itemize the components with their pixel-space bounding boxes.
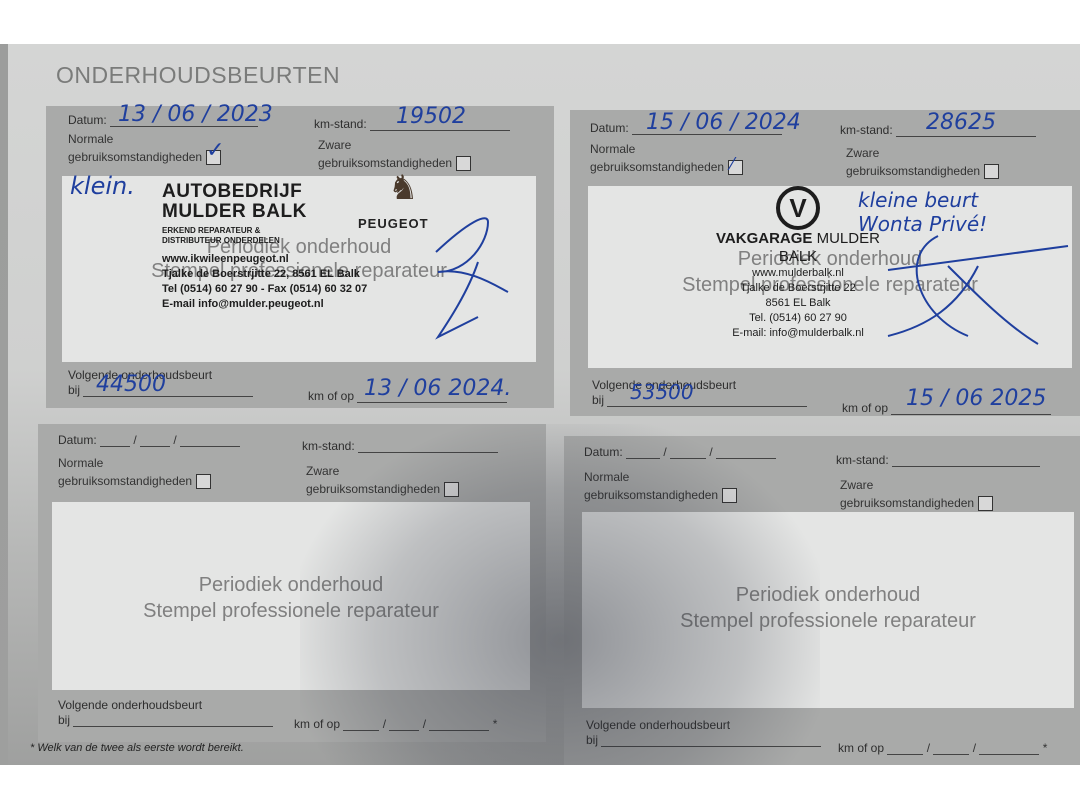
- stamp-phone: Tel (0514) 60 27 90 - Fax (0514) 60 32 0…: [162, 282, 367, 297]
- stamp-placeholder-1: Periodiek onderhoud: [582, 582, 1074, 608]
- km-stand-field[interactable]: [892, 452, 1040, 467]
- stamp-name-2: MULDER BALK: [162, 202, 367, 222]
- next-date-value: 13 / 06 2024.: [364, 376, 511, 401]
- next-km-value: 53500: [630, 380, 694, 404]
- stamp-address-2: 8561 EL Balk: [698, 296, 898, 311]
- stamp-area[interactable]: Periodiek onderhoud Stempel professionel…: [582, 512, 1074, 708]
- stamp-address-1: Tjalke de Boerstrjitte 22: [698, 281, 898, 296]
- normal-label-1: Normale: [58, 454, 211, 472]
- heavy-label-1: Zware: [846, 144, 999, 162]
- stamp-phone: Tel. (0514) 60 27 90: [698, 311, 898, 326]
- handwritten-note: klein.: [70, 172, 135, 200]
- next-date-value: 15 / 06 2025: [906, 386, 1046, 411]
- next-service-label: Volgende onderhoudsbeurt: [58, 698, 273, 712]
- stamp-placeholder-2: Stempel professionele reparateur: [52, 598, 530, 624]
- service-entry-2: Datum: 15 / 06 / 2024 km-stand: 28625 No…: [570, 110, 1080, 416]
- next-bij-label: bij: [68, 383, 80, 397]
- stamp-area: Periodiek onderhoud Stempel professionel…: [588, 186, 1072, 368]
- stamp-web: www.mulderbalk.nl: [698, 266, 898, 281]
- heavy-label-2: gebruiksomstandigheden: [846, 164, 980, 178]
- stamp-email: E-mail info@mulder.peugeot.nl: [162, 297, 367, 312]
- brand-name: PEUGEOT: [358, 216, 429, 231]
- vakgarage-logo-icon: V: [776, 186, 820, 230]
- stamp-placeholder-2: Stempel professionele reparateur: [582, 608, 1074, 634]
- stamp-sub-2: DISTRIBUTEUR ONDERDELEN: [162, 236, 367, 246]
- next-bij-label: bij: [586, 733, 598, 747]
- next-bij-label: bij: [58, 713, 70, 727]
- stamp-sub-1: ERKEND REPARATEUR &: [162, 226, 367, 236]
- signature: [878, 226, 1078, 346]
- km-stand-value: 19502: [396, 104, 466, 129]
- next-km-value: 44500: [96, 372, 166, 397]
- date-year-field[interactable]: [716, 444, 776, 459]
- date-day-field[interactable]: [100, 432, 130, 447]
- next-date-month-field[interactable]: [933, 740, 969, 755]
- peugeot-lion-icon: ♞: [388, 168, 418, 208]
- service-booklet-page: ONDERHOUDSBEURTEN Datum: 13 / 06 / 2023 …: [8, 44, 1080, 765]
- heavy-checkbox[interactable]: [456, 156, 471, 171]
- date-label: Datum:: [68, 113, 107, 127]
- normal-label-2: gebruiksomstandigheden: [584, 488, 718, 502]
- normal-label-2: gebruiksomstandigheden: [590, 160, 724, 174]
- heavy-label-1: Zware: [318, 136, 471, 154]
- heavy-checkbox[interactable]: [444, 482, 459, 497]
- next-date-day-field[interactable]: [343, 716, 379, 731]
- km-of-op-label: km of op: [838, 741, 884, 755]
- next-km-field[interactable]: [601, 732, 821, 747]
- km-stand-field[interactable]: [358, 438, 498, 453]
- date-label: Datum:: [58, 433, 97, 447]
- next-date-year-field[interactable]: [979, 740, 1039, 755]
- km-stand-label: km-stand:: [302, 439, 355, 453]
- normal-label-2: gebruiksomstandigheden: [68, 150, 202, 164]
- next-date-month-field[interactable]: [389, 716, 419, 731]
- next-bij-label: bij: [592, 393, 604, 407]
- km-stand-label: km-stand:: [840, 123, 893, 137]
- km-of-op-label: km of op: [294, 717, 340, 731]
- heavy-checkbox[interactable]: [978, 496, 993, 511]
- normal-checkbox[interactable]: [728, 160, 743, 175]
- heavy-label-1: Zware: [306, 462, 459, 480]
- heavy-label-2: gebruiksomstandigheden: [306, 482, 440, 496]
- next-service-label: Volgende onderhoudsbeurt: [586, 718, 821, 732]
- stamp-area: Periodiek onderhoud Stempel professionel…: [62, 176, 536, 362]
- heavy-label-1: Zware: [840, 476, 993, 494]
- normal-label-2: gebruiksomstandigheden: [58, 474, 192, 488]
- stamp-area[interactable]: Periodiek onderhoud Stempel professionel…: [52, 502, 530, 690]
- stamp-email: E-mail: info@mulderbalk.nl: [698, 326, 898, 341]
- date-month-field[interactable]: [670, 444, 706, 459]
- page-title: ONDERHOUDSBEURTEN: [56, 62, 340, 89]
- km-stand-label: km-stand:: [314, 117, 367, 131]
- next-service-label: Volgende onderhoudsbeurt: [592, 378, 807, 392]
- heavy-checkbox[interactable]: [984, 164, 999, 179]
- km-stand-label: km-stand:: [836, 453, 889, 467]
- service-entry-4: Datum: / / km-stand: Normale gebruiksoms…: [564, 436, 1080, 765]
- date-month-field[interactable]: [140, 432, 170, 447]
- normal-label-1: Normale: [584, 468, 737, 486]
- next-km-field[interactable]: [73, 712, 273, 727]
- date-value: 13 / 06 / 2023: [118, 102, 273, 127]
- date-label: Datum:: [590, 121, 629, 135]
- date-label: Datum:: [584, 445, 623, 459]
- normal-label-1: Normale: [590, 140, 743, 158]
- normal-checkbox[interactable]: [206, 150, 221, 165]
- stamp-name-1: VAKGARAGE: [716, 230, 812, 247]
- km-stand-value: 28625: [926, 110, 996, 135]
- normal-checkbox[interactable]: [196, 474, 211, 489]
- stamp-address: Tjalke de Boerstrjitte 22, 8561 EL Balk: [162, 267, 367, 282]
- dealer-stamp: AUTOBEDRIJF MULDER BALK ERKEND REPARATEU…: [162, 182, 367, 312]
- stamp-placeholder-1: Periodiek onderhoud: [52, 572, 530, 598]
- km-of-op-label: km of op: [308, 389, 354, 403]
- document-photo: ONDERHOUDSBEURTEN Datum: 13 / 06 / 2023 …: [0, 44, 1080, 765]
- next-date-year-field[interactable]: [429, 716, 489, 731]
- next-date-day-field[interactable]: [887, 740, 923, 755]
- date-value: 15 / 06 / 2024: [646, 110, 801, 135]
- stamp-web: www.ikwileenpeugeot.nl: [162, 252, 367, 267]
- service-entry-3: Datum: / / km-stand: Normale gebruiksoms…: [38, 424, 546, 742]
- normal-label-1: Normale: [68, 130, 221, 148]
- signature: [428, 212, 518, 342]
- normal-checkbox[interactable]: [722, 488, 737, 503]
- heavy-label-2: gebruiksomstandigheden: [840, 496, 974, 510]
- date-day-field[interactable]: [626, 444, 660, 459]
- footnote: * Welk van de twee als eerste wordt bere…: [30, 742, 244, 754]
- km-of-op-label: km of op: [842, 401, 888, 415]
- service-entry-1: Datum: 13 / 06 / 2023 km-stand: 19502 No…: [46, 106, 554, 408]
- heavy-label-2: gebruiksomstandigheden: [318, 156, 452, 170]
- date-year-field[interactable]: [180, 432, 240, 447]
- stamp-name-1: AUTOBEDRIJF: [162, 182, 367, 202]
